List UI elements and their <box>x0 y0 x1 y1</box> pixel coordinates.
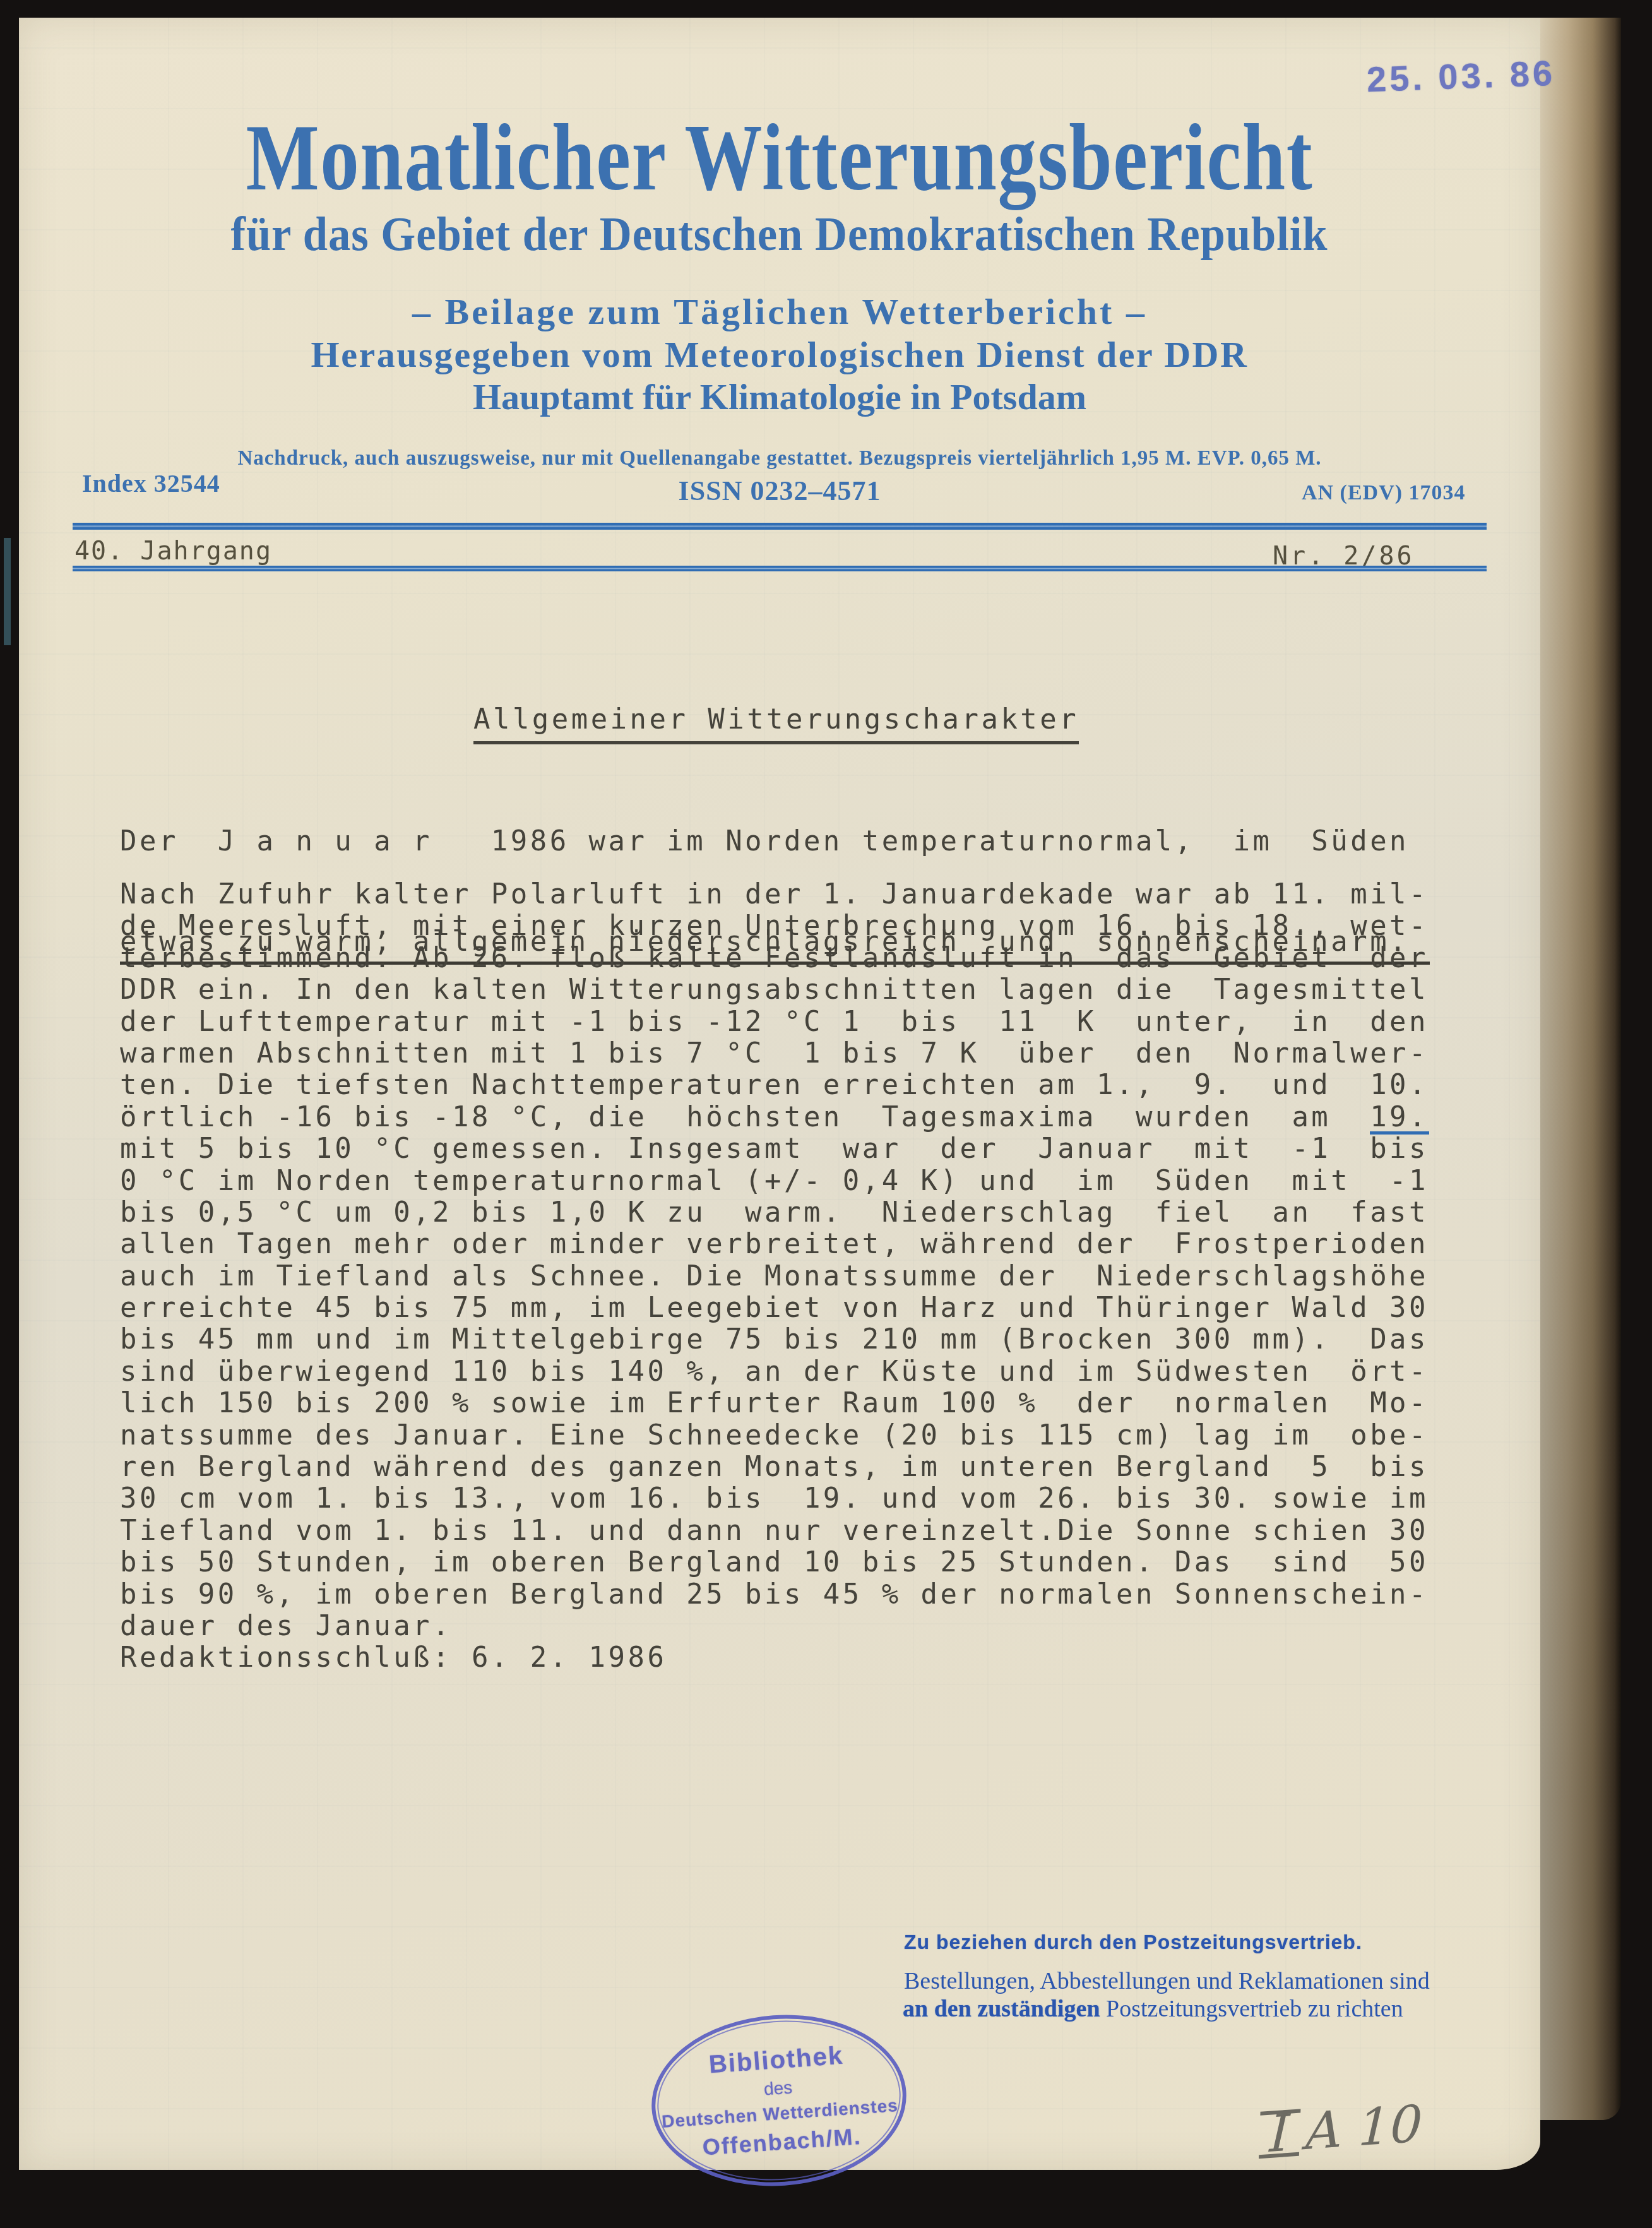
horizontal-rule-bottom <box>73 566 1487 571</box>
orders-note-line2: an den zuständigen Postzeitungsvertrieb … <box>903 1995 1403 2023</box>
body-line: der Lufttemperatur mit -1 bis -12 °C 1 b… <box>120 1006 1430 1038</box>
body-text: Nach Zufuhr kalter Polarluft in der 1. J… <box>120 879 1430 1674</box>
page-subtitle: für das Gebiet der Deutschen Demokratisc… <box>19 210 1540 258</box>
library-stamp-line: des <box>763 2077 793 2099</box>
body-line: auch im Tiefland als Schnee. Die Monatss… <box>120 1261 1430 1292</box>
body-line: Tiefland vom 1. bis 11. und dann nur ver… <box>120 1515 1430 1547</box>
reprint-notice: Nachdruck, auch auszugsweise, nur mit Qu… <box>19 448 1540 469</box>
body-line: bis 50 Stunden, im oberen Bergland 10 bi… <box>120 1547 1430 1578</box>
body-line: de Meeresluft, mit einer kurzen Unterbre… <box>120 910 1430 942</box>
library-stamp-line: Deutschen Wetterdienstes <box>661 2095 898 2131</box>
body-line: mit 5 bis 10 °C gemessen. Insgesamt war … <box>120 1133 1430 1165</box>
orders-note-line1: Bestellungen, Abbestellungen und Reklama… <box>904 1967 1430 1995</box>
body-line: ten. Die tiefsten Nachttemperaturen erre… <box>120 1069 1430 1101</box>
scanned-page: 25. 03. 86 Monatlicher Witterungsbericht… <box>0 0 1652 2228</box>
shelf-mark-text: A 10 <box>1305 2094 1423 2161</box>
distribution-note: Zu beziehen durch den Postzeitungsvertri… <box>904 1931 1362 1954</box>
body-line: ren Bergland während des ganzen Monats, … <box>120 1451 1430 1483</box>
orders-note-rest: Postzeitungsvertrieb zu richten <box>1100 1996 1403 2022</box>
body-line: erreichte 45 bis 75 mm, im Leegebiet von… <box>120 1292 1430 1324</box>
body-line: bis 90 %, im oberen Bergland 25 bis 45 %… <box>120 1579 1430 1611</box>
body-line: sind überwiegend 110 bis 140 %, an der K… <box>120 1356 1430 1388</box>
section-heading: Allgemeiner Witterungscharakter <box>473 703 1079 744</box>
body-line: DDR ein. In den kalten Witterungsabschni… <box>120 974 1430 1006</box>
lead-line: Der J a n u a r 1986 war im Norden tempe… <box>120 825 1430 861</box>
horizontal-rule-top <box>73 523 1487 530</box>
body-line: Nach Zufuhr kalter Polarluft in der 1. J… <box>120 879 1430 910</box>
body-line: terbestimmend. Ab 26. floß kalte Festlan… <box>120 943 1430 974</box>
supplement-line: – Beilage zum Täglichen Wetterbericht – <box>19 294 1540 330</box>
body-line: bis 0,5 °C um 0,2 bis 1,0 K zu warm. Nie… <box>120 1197 1430 1229</box>
body-line: allen Tagen mehr oder minder verbreitet,… <box>120 1229 1430 1260</box>
an-edv-number: AN (EDV) 17034 <box>1302 481 1466 505</box>
body-line: Redaktionsschluß: 6. 2. 1986 <box>120 1642 1430 1674</box>
body-line: bis 45 mm und im Mittelgebirge 75 bis 21… <box>120 1324 1430 1355</box>
body-line: örtlich -16 bis -18 °C, die höchsten Tag… <box>120 1102 1430 1133</box>
body-line: dauer des Januar. <box>120 1611 1430 1642</box>
handwritten-shelf-mark: IA 10 <box>1259 2094 1423 2164</box>
volume-label: 40. Jahrgang <box>74 537 272 566</box>
orders-note-bold: an den zuständigen <box>903 1996 1100 2022</box>
publisher-office-line: Hauptamt für Klimatologie in Potsdam <box>19 379 1540 415</box>
body-line: warmen Abschnitten mit 1 bis 7 °C 1 bis … <box>120 1038 1430 1069</box>
left-edge-mark <box>4 538 11 645</box>
body-line: 30 cm vom 1. bis 13., vom 16. bis 19. un… <box>120 1483 1430 1515</box>
book-page-edge <box>1540 18 1621 2120</box>
body-line: 0 °C im Norden temperaturnormal (+/- 0,4… <box>120 1165 1430 1197</box>
hand-annotation-underline <box>1370 1131 1429 1135</box>
library-stamp-line: Bibliothek <box>708 2041 845 2079</box>
page-title: Monatlicher Witterungsbericht <box>19 110 1540 205</box>
body-line: natssumme des Januar. Eine Schneedecke (… <box>120 1420 1430 1451</box>
roman-numeral: I <box>1259 2109 1300 2159</box>
publisher-line: Herausgegeben vom Meteorologischen Diens… <box>19 337 1540 373</box>
body-line: lich 150 bis 200 % sowie im Erfurter Rau… <box>120 1388 1430 1419</box>
library-stamp-line: Offenbach/M. <box>701 2123 862 2160</box>
received-date-stamp: 25. 03. 86 <box>1366 52 1556 100</box>
